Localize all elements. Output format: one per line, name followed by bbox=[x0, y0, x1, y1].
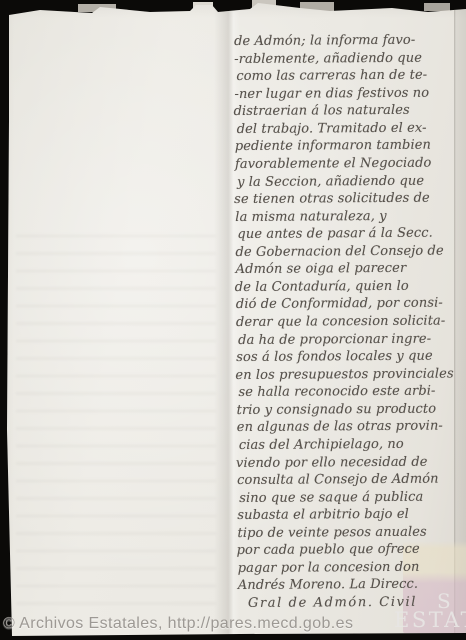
scanned-manuscript-page: S ESTATALES de Admón; la informa favo--r… bbox=[0, 0, 466, 640]
manuscript-line: sino que se saque á publica bbox=[239, 488, 466, 507]
copyright-watermark: © Archivos Estatales, http://pares.mecd.… bbox=[3, 615, 353, 633]
manuscript-line: derar que la concesion solicita- bbox=[236, 312, 466, 331]
manuscript-line: la misma naturaleza, y bbox=[235, 207, 466, 226]
manuscript-line: viendo por ello necesidad de bbox=[236, 453, 466, 472]
manuscript-paper: S ESTATALES de Admón; la informa favo--r… bbox=[0, 0, 466, 640]
manuscript-line: tipo de veinte pesos anuales bbox=[237, 523, 466, 542]
manuscript-line: Gral de Admón. Civil bbox=[248, 593, 466, 612]
manuscript-line: Admón se oiga el parecer bbox=[236, 260, 466, 279]
manuscript-line: se tienen otras solicitudes de bbox=[234, 189, 466, 208]
manuscript-line: de Admón; la informa favo- bbox=[234, 31, 466, 50]
ink-bleed-through bbox=[16, 235, 216, 615]
manuscript-line: dió de Conformidad, por consi- bbox=[236, 295, 466, 314]
manuscript-text-column: de Admón; la informa favo--rablemente, a… bbox=[234, 31, 466, 612]
pares-watermark-fragment: ESTATALES bbox=[394, 608, 466, 632]
manuscript-line: cias del Archipielago, no bbox=[239, 435, 466, 454]
manuscript-line: pediente informaron tambien bbox=[235, 137, 466, 156]
manuscript-line: de Gobernacion del Consejo de bbox=[235, 242, 466, 261]
manuscript-line: da ha de proporcionar ingre- bbox=[238, 330, 466, 349]
manuscript-line: -rablemente, añadiendo que bbox=[234, 49, 466, 68]
manuscript-line: se halla reconocido este arbi- bbox=[238, 383, 466, 402]
manuscript-line: favorablemente el Negociado bbox=[235, 154, 466, 173]
manuscript-line: que antes de pasar á la Secc. bbox=[237, 225, 466, 244]
manuscript-line: subasta el arbitrio bajo el bbox=[237, 506, 466, 525]
manuscript-line: trio y consignado su producto bbox=[237, 400, 466, 419]
manuscript-line: distraerian á los naturales bbox=[233, 102, 466, 121]
manuscript-line: del trabajo. Tramitado el ex- bbox=[237, 119, 466, 138]
manuscript-line: por cada pueblo que ofrece bbox=[237, 541, 466, 560]
manuscript-line: de la Contaduría, quien lo bbox=[235, 277, 466, 296]
manuscript-line: en los presupuestos provinciales bbox=[235, 365, 466, 384]
manuscript-line: Andrés Moreno. La Direcc. bbox=[238, 576, 466, 595]
manuscript-line: sos á los fondos locales y que bbox=[236, 347, 466, 366]
manuscript-line: -ner lugar en dias festivos no bbox=[234, 84, 466, 103]
manuscript-line: en algunas de las otras provin- bbox=[237, 418, 466, 437]
manuscript-line: y la Seccion, añadiendo que bbox=[237, 172, 466, 191]
manuscript-line: consulta al Consejo de Admón bbox=[237, 470, 466, 489]
manuscript-line: como las carreras han de te- bbox=[236, 66, 466, 85]
top-edge-page-sliver bbox=[424, 3, 450, 11]
manuscript-line: pagar por la concesion don bbox=[238, 558, 466, 577]
